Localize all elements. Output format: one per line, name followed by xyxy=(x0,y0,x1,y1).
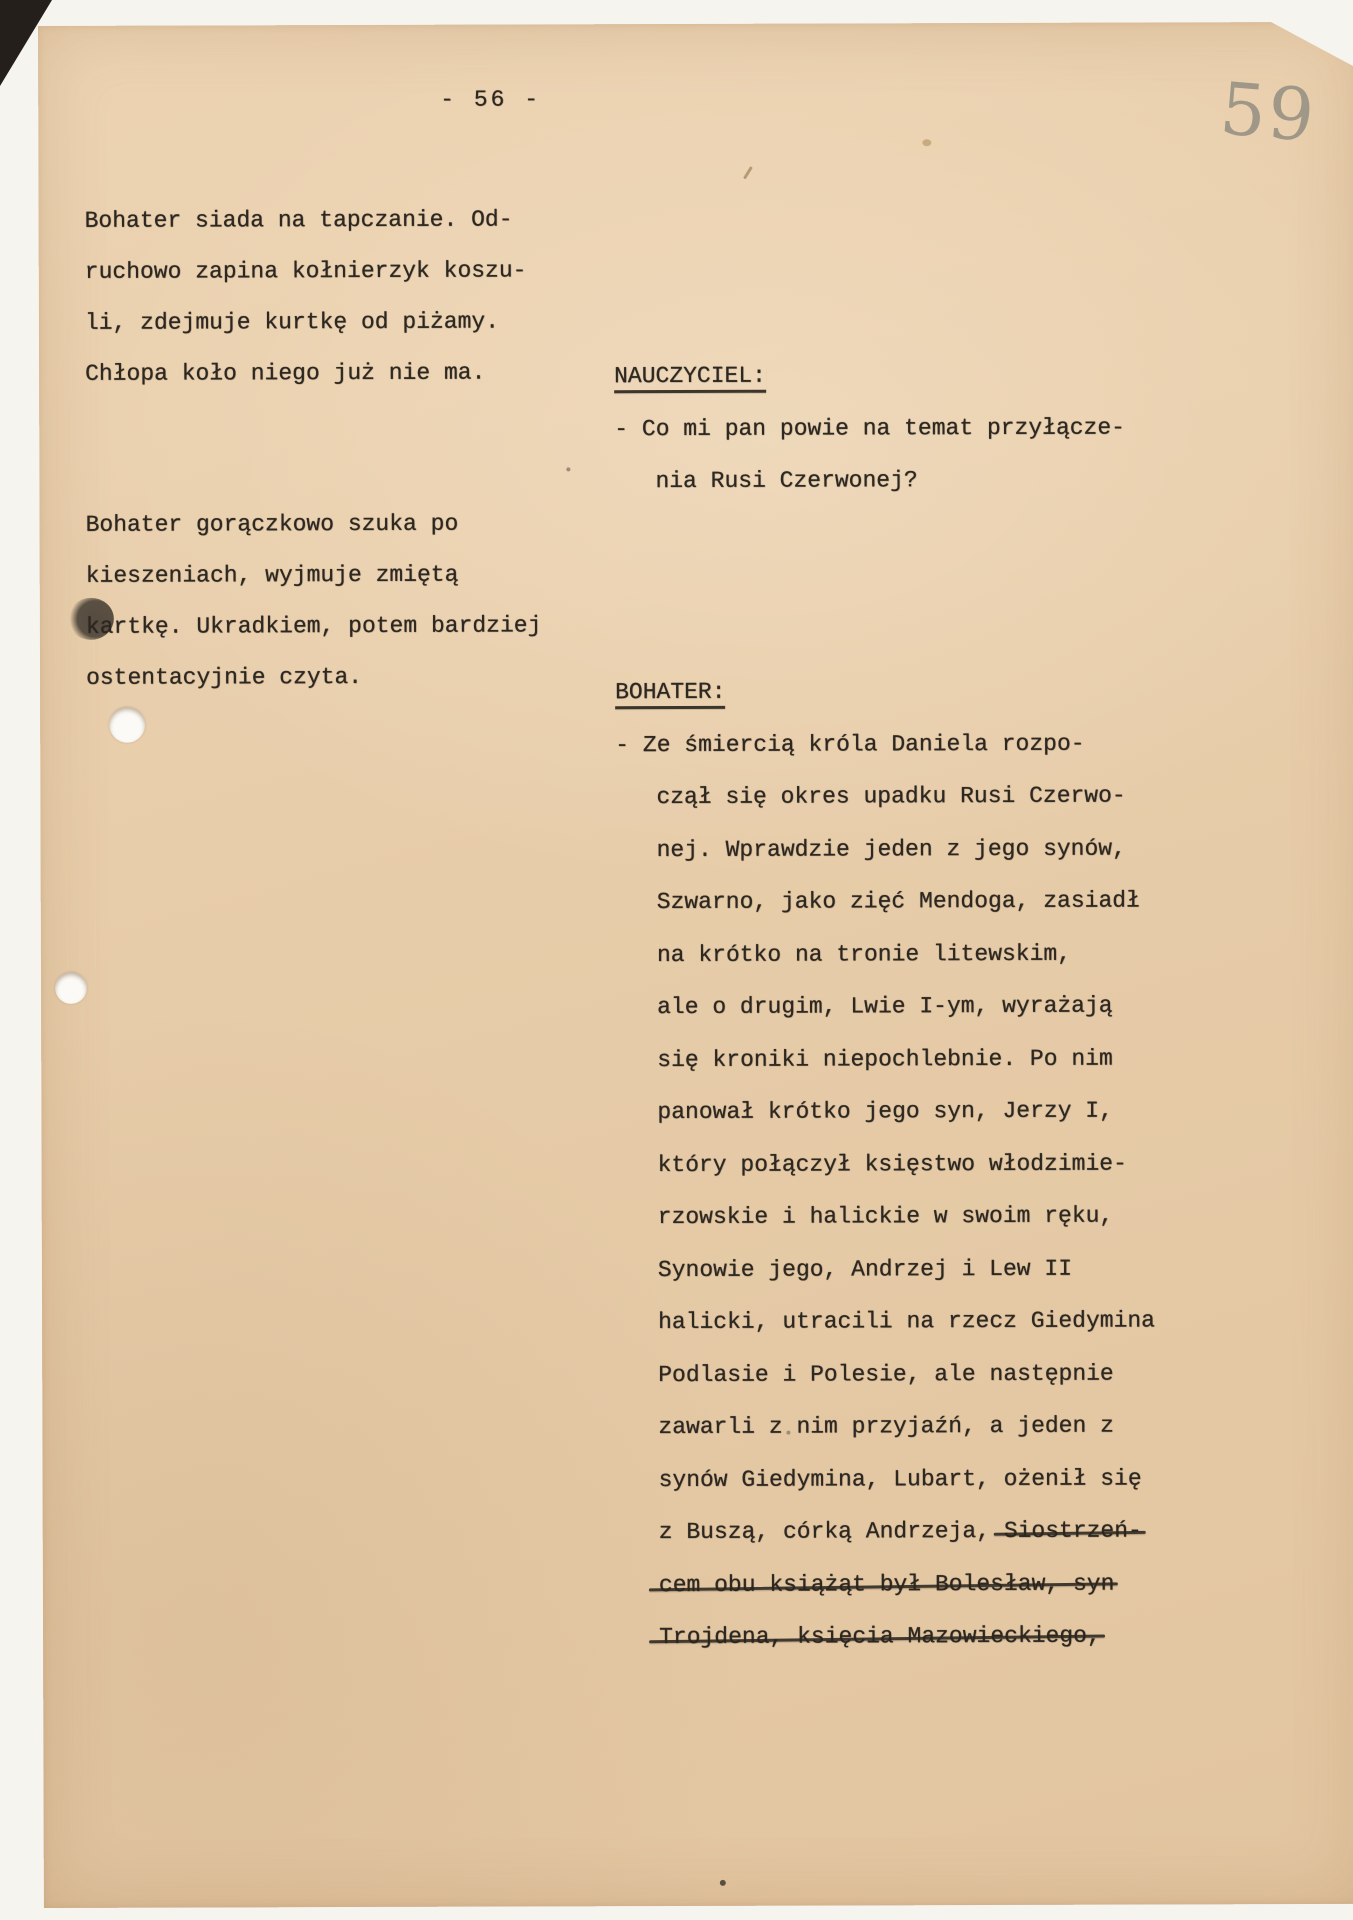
dialogue-text: się kroniki niepochlebnie. Po nim xyxy=(657,1045,1113,1072)
dialogue-line: ale o drugim, Lwie I-ym, wyrażają xyxy=(616,979,1176,1033)
paper-speck xyxy=(786,1431,790,1435)
dialogue-line: rzowskie i halickie w swoim ręku, xyxy=(617,1189,1177,1243)
dialogue-line: Trojdena, księcia Mazowieckiego, xyxy=(618,1609,1178,1663)
document-page: - 56 - 59 Bohater siada na tapczanie. Od… xyxy=(38,22,1353,1908)
paper-stain xyxy=(922,139,931,146)
dialogue-line: z Buszą, córką Andrzeja, Siostrzeń- xyxy=(618,1504,1178,1558)
dialogue-text: zawarli z nim przyjaźń, a jeden z xyxy=(658,1413,1114,1440)
stage-direction-line: kartkę. Ukradkiem, potem bardziej xyxy=(86,600,566,653)
dialogue-text: - Ze śmiercią króla Daniela rozpo- xyxy=(615,730,1084,757)
dialogue-text: halicki, utracili na rzecz Giedymina xyxy=(658,1307,1155,1335)
dialogue-line: nej. Wprawdzie jeden z jego synów, xyxy=(616,822,1176,876)
hole-punch xyxy=(55,972,87,1004)
dialogue-text: z Buszą, córką Andrzeja, xyxy=(659,1518,1004,1545)
dialogue-block-teacher: NAUCZYCIEL:- Co mi pan powie na temat pr… xyxy=(614,348,1174,507)
paper-speck xyxy=(566,467,570,471)
dialogue-text: nia Rusi Czerwonej? xyxy=(655,467,917,494)
strikethrough-text: Trojdena, księcia Mazowieckiego, xyxy=(659,1623,1101,1650)
stage-direction-line: Bohater siada na tapczanie. Od- xyxy=(85,194,565,247)
dialogue-text: czął się okres upadku Rusi Czerwo- xyxy=(656,783,1125,810)
dialogue-text: rzowskie i halickie w swoim ręku, xyxy=(658,1203,1114,1230)
strikethrough-text: cem obu książąt był Bolesław, syn xyxy=(659,1570,1115,1597)
scanned-document: - 56 - 59 Bohater siada na tapczanie. Od… xyxy=(0,0,1353,1920)
dialogue-line: Szwarno, jako zięć Mendoga, zasiadł xyxy=(616,874,1176,928)
dialogue-line: który połączył księstwo włodzimie- xyxy=(616,1137,1176,1191)
dialogue-text: nej. Wprawdzie jeden z jego synów, xyxy=(657,835,1126,862)
dialogue-block-hero: BOHATER:- Ze śmiercią króla Daniela rozp… xyxy=(615,664,1178,1663)
stage-direction-line: li, zdejmuje kurtkę od piżamy. xyxy=(85,296,565,349)
dialogue-text: Synowie jego, Andrzej i Lew II xyxy=(658,1255,1072,1282)
strikethrough-text: Siostrzeń- xyxy=(1004,1518,1142,1544)
dialogue-line: na krótko na tronie litewskim, xyxy=(616,927,1176,981)
stage-direction-line: Bohater gorączkowo szuka po xyxy=(85,498,565,551)
dialogue-line: - Co mi pan powie na temat przyłącze- xyxy=(614,401,1174,455)
hole-punch xyxy=(109,707,145,743)
page-number: - 56 - xyxy=(440,86,541,112)
paper-fiber xyxy=(743,166,753,179)
dialogue-line: nia Rusi Czerwonej? xyxy=(614,453,1174,507)
speaker-heading: NAUCZYCIEL: xyxy=(614,348,1174,402)
dialogue-line: - Ze śmiercią króla Daniela rozpo- xyxy=(615,717,1175,771)
dialogue-line: cem obu książąt był Bolesław, syn xyxy=(618,1557,1178,1611)
dialogue-text: który połączył księstwo włodzimie- xyxy=(658,1150,1127,1177)
stage-direction-line: kieszeniach, wyjmuje zmiętą xyxy=(86,549,566,602)
dialogue-text: - Co mi pan powie na temat przyłącze- xyxy=(614,414,1125,442)
dialogue-text: Podlasie i Polesie, ale następnie xyxy=(658,1360,1114,1387)
dialogue-line: Podlasie i Polesie, ale następnie xyxy=(617,1347,1177,1401)
dialogue-text: synów Giedymina, Lubart, ożenił się xyxy=(659,1465,1142,1493)
speaker-heading: BOHATER: xyxy=(615,664,1175,718)
dialogue-line: panował krótko jego syn, Jerzy I, xyxy=(616,1084,1176,1138)
handwritten-page-number: 59 xyxy=(1217,66,1319,158)
dialogue-line: zawarli z nim przyjaźń, a jeden z xyxy=(617,1399,1177,1453)
dialogue-line: synów Giedymina, Lubart, ożenił się xyxy=(617,1452,1177,1506)
stage-direction-paragraph: Bohater siada na tapczanie. Od-ruchowo z… xyxy=(85,194,566,400)
dialogue-text: na krótko na tronie litewskim, xyxy=(657,940,1071,967)
paper-speck xyxy=(720,1880,726,1886)
dialogue-line: Synowie jego, Andrzej i Lew II xyxy=(617,1242,1177,1296)
stage-direction-line: Chłopa koło niego już nie ma. xyxy=(85,347,565,400)
dialogue-line: halicki, utracili na rzecz Giedymina xyxy=(617,1294,1177,1348)
dialogue-text: ale o drugim, Lwie I-ym, wyrażają xyxy=(657,993,1113,1020)
dialogue-text: Szwarno, jako zięć Mendoga, zasiadł xyxy=(657,888,1140,916)
stage-direction-paragraph: Bohater gorączkowo szuka pokieszeniach, … xyxy=(85,498,566,704)
stage-direction-line: ostentacyjnie czyta. xyxy=(86,651,566,704)
dialogue-line: się kroniki niepochlebnie. Po nim xyxy=(616,1032,1176,1086)
dialogue-line: czął się okres upadku Rusi Czerwo- xyxy=(615,769,1175,823)
dialogue-text: panował krótko jego syn, Jerzy I, xyxy=(657,1098,1113,1125)
stage-direction-line: ruchowo zapina kołnierzyk koszu- xyxy=(85,245,565,298)
